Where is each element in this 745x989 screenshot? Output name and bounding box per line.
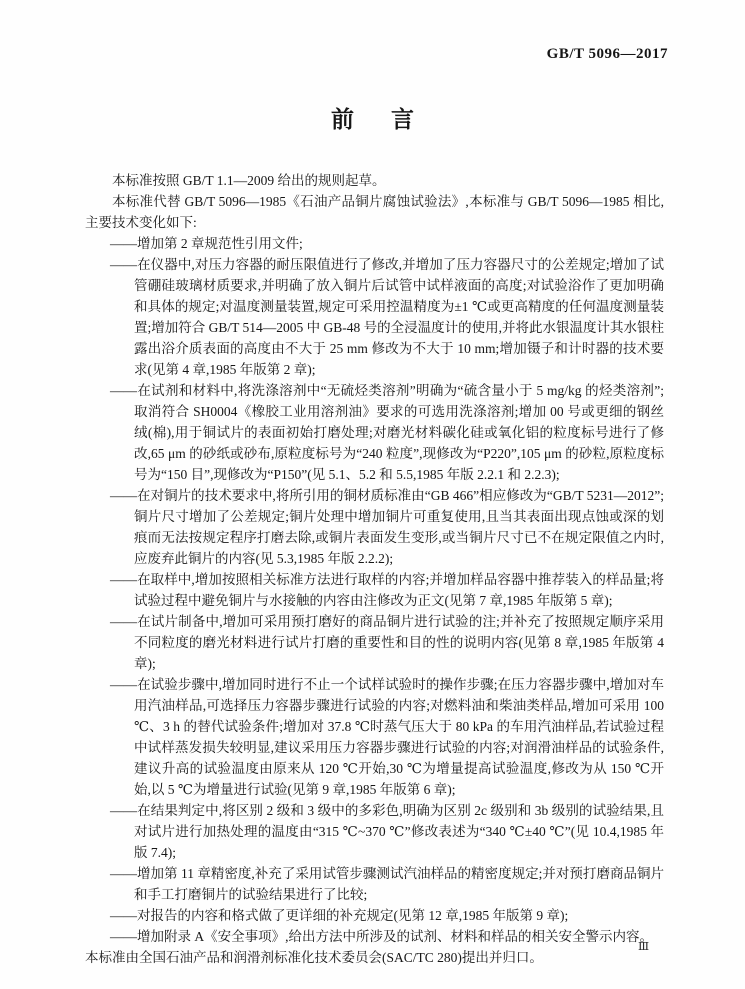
change-item: ——在仪器中,对压力容器的耐压限值进行了修改,并增加了压力容器尺寸的公差规定;增… [85,254,664,380]
foreword-paragraph-2: 本标准代替 GB/T 5096—1985《石油产品铜片腐蚀试验法》,本标准与 G… [85,191,664,233]
foreword-body: 本标准按照 GB/T 1.1—2009 给出的规则起草。 本标准代替 GB/T … [85,170,664,968]
page-title: 前 言 [0,105,745,133]
change-item: ——增加第 2 章规范性引用文件; [85,233,664,254]
closing-paragraph: 本标准由全国石油产品和润滑剂标准化技术委员会(SAC/TC 280)提出并归口。 [85,947,664,968]
standard-number: GB/T 5096—2017 [547,46,668,63]
title-char-2: 言 [391,105,414,133]
title-char-1: 前 [331,105,354,133]
change-item: ——增加附录 A《安全事项》,给出方法中所涉及的试剂、材料和样品的相关安全警示内… [85,926,664,947]
change-item: ——在取样中,增加按照相关标准方法进行取样的内容;并增加样品容器中推荐装入的样品… [85,569,664,611]
change-item: ——在试验步骤中,增加同时进行不止一个试样试验时的操作步骤;在压力容器步骤中,增… [85,674,664,800]
foreword-paragraph-1: 本标准按照 GB/T 1.1—2009 给出的规则起草。 [85,170,664,191]
change-item: ——对报告的内容和格式做了更详细的补充规定(见第 12 章,1985 年版第 9… [85,905,664,926]
change-item: ——在试片制备中,增加可采用预打磨好的商品铜片进行试验的注;并补充了按照规定顺序… [85,611,664,674]
page-number: Ⅲ [638,941,649,954]
document-page: GB/T 5096—2017 前 言 本标准按照 GB/T 1.1—2009 给… [0,0,745,989]
change-item: ——在结果判定中,将区别 2 级和 3 级中的多彩色,明确为区别 2c 级别和 … [85,800,664,863]
change-item: ——在试剂和材料中,将洗涤溶剂中“无硫烃类溶剂”明确为“硫含量小于 5 mg/k… [85,380,664,485]
change-item: ——在对铜片的技术要求中,将所引用的铜材质标准由“GB 466”相应修改为“GB… [85,485,664,569]
change-item: ——增加第 11 章精密度,补充了采用试管步骤测试汽油样品的精密度规定;并对预打… [85,863,664,905]
